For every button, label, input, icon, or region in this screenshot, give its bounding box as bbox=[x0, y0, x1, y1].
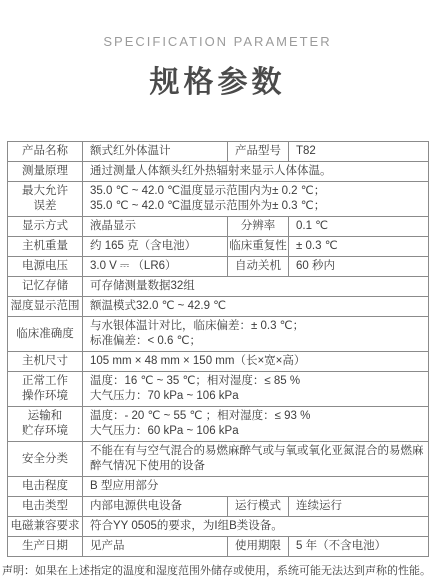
spec-label-cell: 最大允许 误差 bbox=[8, 182, 83, 217]
spec-table-row: 正常工作 操作环境温度：16 ℃ ~ 35 ℃；相对湿度：≤ 85 % 大气压力… bbox=[8, 372, 429, 407]
spec-label-cell: 电击类型 bbox=[8, 497, 83, 517]
disclaimer-statement: 声明：如果在上述指定的温度和湿度范围外储存或使用，系统可能无法达到声称的性能。 bbox=[2, 564, 433, 578]
spec-label-cell: 电源电压 bbox=[8, 257, 83, 277]
spec-value-cell: 符合YY 0505的要求，为I组B类设备。 bbox=[83, 517, 429, 537]
spec-sheet-page: SPECIFICATION PARAMETER 规格参数 产品名称额式红外体温计… bbox=[0, 0, 435, 583]
spec-value-cell: 5 年（不含电池） bbox=[289, 537, 429, 557]
spec-table-row: 临床准确度与水银体温计对比，临床偏差：± 0.3 ℃； 标准偏差：< 0.6 ℃… bbox=[8, 317, 429, 352]
spec-value-cell: 3.0 V ⎓ （LR6） bbox=[83, 257, 228, 277]
spec-label-cell: 产品型号 bbox=[228, 142, 289, 162]
spec-value-cell: ± 0.3 ℃ bbox=[289, 237, 429, 257]
spec-table-row: 电击类型内部电源供电设备运行模式连续运行 bbox=[8, 497, 429, 517]
spec-label-cell: 运行模式 bbox=[228, 497, 289, 517]
spec-value-cell: 35.0 ℃ ~ 42.0 ℃温度显示范围内为± 0.2 ℃； 35.0 ℃ ~… bbox=[83, 182, 429, 217]
spec-value-cell: 60 秒内 bbox=[289, 257, 429, 277]
spec-value-cell: 105 mm × 48 mm × 150 mm（长×宽×高） bbox=[83, 352, 429, 372]
page-title: 规格参数 bbox=[0, 57, 435, 101]
spec-value-cell: 不能在有与空气混合的易燃麻醉气或与氧或氧化亚氮混合的易燃麻醉气情况下使用的设备 bbox=[83, 442, 429, 477]
spec-table-row: 电击程度B 型应用部分 bbox=[8, 477, 429, 497]
spec-value-cell: 连续运行 bbox=[289, 497, 429, 517]
spec-value-cell: 见产品 bbox=[83, 537, 228, 557]
spec-value-cell: 温度：- 20 ℃ ~ 55 ℃ ；相对湿度：≤ 93 % 大气压力：60 kP… bbox=[83, 407, 429, 442]
spec-value-cell: 与水银体温计对比，临床偏差：± 0.3 ℃； 标准偏差：< 0.6 ℃； bbox=[83, 317, 429, 352]
spec-table-row: 主机尺寸105 mm × 48 mm × 150 mm（长×宽×高） bbox=[8, 352, 429, 372]
spec-value-cell: 液晶显示 bbox=[83, 217, 228, 237]
spec-table-row: 电源电压3.0 V ⎓ （LR6）自动关机60 秒内 bbox=[8, 257, 429, 277]
spec-table-row: 产品名称额式红外体温计产品型号T82 bbox=[8, 142, 429, 162]
spec-value-cell: 额温模式32.0 ℃ ~ 42.9 ℃ bbox=[83, 297, 429, 317]
spec-value-cell: T82 bbox=[289, 142, 429, 162]
spec-label-cell: 电磁兼容要求 bbox=[8, 517, 83, 537]
spec-value-cell: 0.1 ℃ bbox=[289, 217, 429, 237]
spec-label-cell: 临床重复性 bbox=[228, 237, 289, 257]
spec-label-cell: 分辨率 bbox=[228, 217, 289, 237]
spec-label-cell: 测量原理 bbox=[8, 162, 83, 182]
spec-label-cell: 主机重量 bbox=[8, 237, 83, 257]
spec-value-cell: 温度：16 ℃ ~ 35 ℃；相对湿度：≤ 85 % 大气压力：70 kPa ~… bbox=[83, 372, 429, 407]
spec-label-cell: 临床准确度 bbox=[8, 317, 83, 352]
spec-value-cell: 可存储测量数据32组 bbox=[83, 277, 429, 297]
spec-value-cell: B 型应用部分 bbox=[83, 477, 429, 497]
spec-label-cell: 安全分类 bbox=[8, 442, 83, 477]
spec-value-cell: 约 165 克（含电池） bbox=[83, 237, 228, 257]
spec-table-row: 最大允许 误差35.0 ℃ ~ 42.0 ℃温度显示范围内为± 0.2 ℃； 3… bbox=[8, 182, 429, 217]
spec-label-cell: 主机尺寸 bbox=[8, 352, 83, 372]
spec-table-row: 记忆存储可存储测量数据32组 bbox=[8, 277, 429, 297]
spec-label-cell: 记忆存储 bbox=[8, 277, 83, 297]
spec-label-cell: 自动关机 bbox=[228, 257, 289, 277]
spec-value-cell: 额式红外体温计 bbox=[83, 142, 228, 162]
spec-table-row: 湿度显示范围额温模式32.0 ℃ ~ 42.9 ℃ bbox=[8, 297, 429, 317]
spec-label-cell: 正常工作 操作环境 bbox=[8, 372, 83, 407]
spec-table-row: 电磁兼容要求符合YY 0505的要求，为I组B类设备。 bbox=[8, 517, 429, 537]
spec-label-cell: 湿度显示范围 bbox=[8, 297, 83, 317]
spec-table-row: 测量原理通过测量人体额头红外热辐射来显示人体体温。 bbox=[8, 162, 429, 182]
spec-label-cell: 运输和 贮存环境 bbox=[8, 407, 83, 442]
spec-label-cell: 电击程度 bbox=[8, 477, 83, 497]
spec-label-cell: 生产日期 bbox=[8, 537, 83, 557]
spec-value-cell: 内部电源供电设备 bbox=[83, 497, 228, 517]
spec-table-row: 安全分类不能在有与空气混合的易燃麻醉气或与氧或氧化亚氮混合的易燃麻醉气情况下使用… bbox=[8, 442, 429, 477]
spec-table: 产品名称额式红外体温计产品型号T82测量原理通过测量人体额头红外热辐射来显示人体… bbox=[7, 141, 429, 557]
spec-label-cell: 显示方式 bbox=[8, 217, 83, 237]
spec-value-cell: 通过测量人体额头红外热辐射来显示人体体温。 bbox=[83, 162, 429, 182]
spec-label-cell: 产品名称 bbox=[8, 142, 83, 162]
spec-table-row: 运输和 贮存环境温度：- 20 ℃ ~ 55 ℃ ；相对湿度：≤ 93 % 大气… bbox=[8, 407, 429, 442]
spec-table-row: 主机重量约 165 克（含电池）临床重复性± 0.3 ℃ bbox=[8, 237, 429, 257]
spec-table-row: 生产日期见产品使用期限5 年（不含电池） bbox=[8, 537, 429, 557]
section-eyebrow: SPECIFICATION PARAMETER bbox=[0, 34, 435, 49]
spec-table-row: 显示方式液晶显示分辨率0.1 ℃ bbox=[8, 217, 429, 237]
spec-label-cell: 使用期限 bbox=[228, 537, 289, 557]
